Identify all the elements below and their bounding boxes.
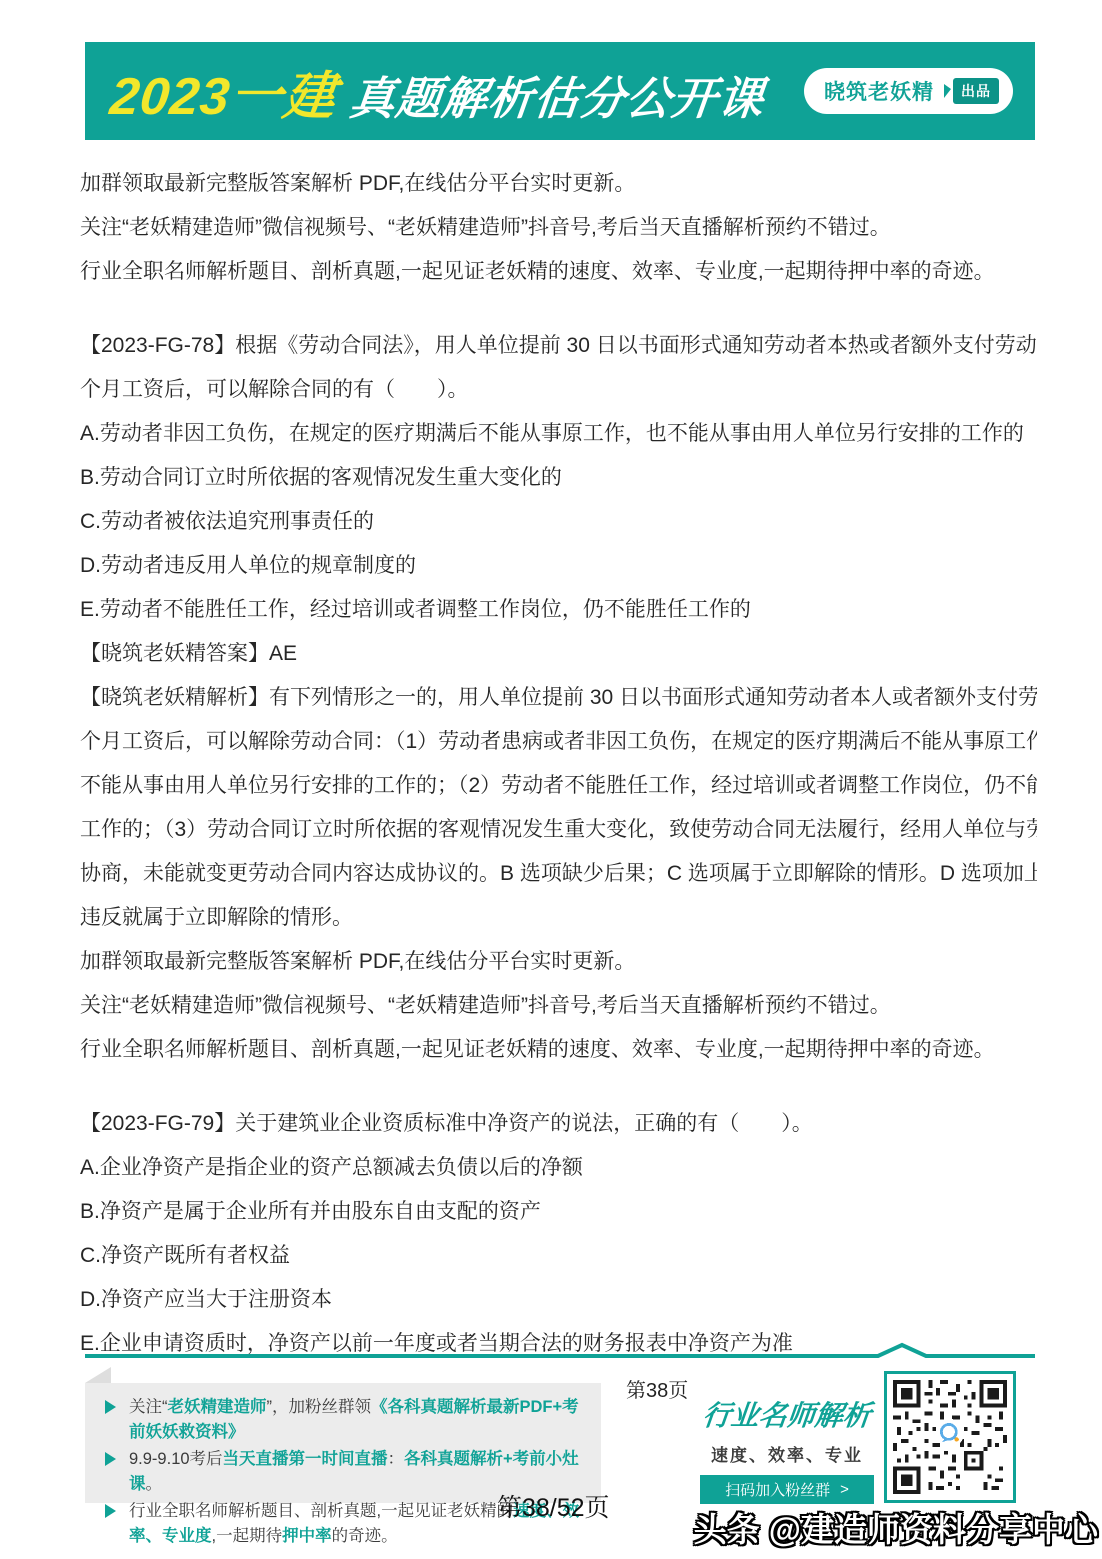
brand-badge: 出品 bbox=[953, 78, 999, 104]
document-body: 加群领取最新完整版答案解析 PDF,在线估分平台实时更新。 关注“老妖精建造师”… bbox=[80, 162, 1037, 1366]
brand-logo: 晓筑老妖精 出品 bbox=[804, 68, 1013, 114]
q78-option-d: D.劳动者违反用人单位的规章制度的 bbox=[80, 544, 1037, 588]
footer-text: 行业全职名师解析题目、剖析真题,一起见证老妖精的 bbox=[129, 1502, 513, 1520]
footer-info-box: 关注“老妖精建造师”，加粉丝群领《各科真题解析最新PDF+考前妖妖救资料》 9.… bbox=[85, 1383, 601, 1503]
intro-line: 关注“老妖精建造师”微信视频号、“老妖精建造师”抖音号,考后当天直播解析预约不错… bbox=[80, 206, 1037, 250]
footer-text: ： bbox=[388, 1450, 405, 1468]
title-text: 真题解析估分公开课 bbox=[347, 73, 766, 124]
q79-option-d: D.净资产应当大于注册资本 bbox=[80, 1278, 1037, 1322]
q79-option-c: C.净资产既所有者权益 bbox=[80, 1234, 1037, 1278]
footer-text: ”，加粉丝群领 bbox=[267, 1398, 372, 1416]
promo-subtitle: 速度、效率、专业 bbox=[700, 1441, 874, 1466]
footer-text: 。 bbox=[146, 1475, 163, 1493]
q78-stem: 【2023-FG-78】根据《劳动合同法》，用人单位提前 30 日以书面形式通知… bbox=[80, 324, 1037, 368]
document-page: 2023一建真题解析估分公开课 晓筑老妖精 出品 加群领取最新完整版答案解析 P… bbox=[0, 0, 1102, 1559]
promo-line: 行业全职名师解析题目、剖析真题,一起见证老妖精的速度、效率、专业度,一起期待押中… bbox=[80, 1028, 1037, 1072]
triangle-bullet-icon bbox=[105, 1504, 116, 1518]
footer-bullet: 关注“老妖精建造师”，加粉丝群领《各科真题解析最新PDF+考前妖妖救资料》 bbox=[103, 1395, 585, 1445]
intro-line: 加群领取最新完整版答案解析 PDF,在线估分平台实时更新。 bbox=[80, 162, 1037, 206]
page-title: 2023一建真题解析估分公开课 bbox=[107, 54, 769, 129]
promo-line: 关注“老妖精建造师”微信视频号、“老妖精建造师”抖音号,考后当天直播解析预约不错… bbox=[80, 984, 1037, 1028]
page-number-large: 第38/52页 bbox=[497, 1488, 610, 1524]
join-fan-group-button[interactable]: 扫码加入粉丝群 > bbox=[700, 1475, 874, 1504]
flag-icon bbox=[944, 84, 951, 98]
footer-divider bbox=[85, 1342, 1035, 1360]
q78-stem: 个月工资后，可以解除合同的有（ ）。 bbox=[80, 368, 1037, 412]
title-year: 2023一建 bbox=[107, 68, 339, 126]
q78-analysis: 不能从事由用人单位另行安排的工作的；（2）劳动者不能胜任工作，经过培训或者调整工… bbox=[80, 764, 1037, 808]
header-banner: 2023一建真题解析估分公开课 晓筑老妖精 出品 bbox=[85, 42, 1035, 140]
footer-text: ,一起期待 bbox=[212, 1527, 283, 1545]
intro-line: 行业全职名师解析题目、剖析真题,一起见证老妖精的速度、效率、专业度,一起期待押中… bbox=[80, 250, 1037, 294]
q78-analysis: 【晓筑老妖精解析】有下列情形之一的，用人单位提前 30 日以书面形式通知劳动者本… bbox=[80, 676, 1037, 720]
q79-option-a: A.企业净资产是指企业的资产总额减去负债以后的净额 bbox=[80, 1146, 1037, 1190]
triangle-bullet-icon bbox=[105, 1452, 116, 1466]
q78-option-b: B.劳动合同订立时所依据的客观情况发生重大变化的 bbox=[80, 456, 1037, 500]
promo-title: 行业名师解析 bbox=[698, 1394, 876, 1434]
promo-line: 加群领取最新完整版答案解析 PDF,在线估分平台实时更新。 bbox=[80, 940, 1037, 984]
footer-highlight: 老妖精建造师 bbox=[168, 1398, 267, 1416]
q78-option-a: A.劳动者非因工负伤，在规定的医疗期满后不能从事原工作，也不能从事由用人单位另行… bbox=[80, 412, 1037, 456]
q78-answer: 【晓筑老妖精答案】AE bbox=[80, 632, 1037, 676]
brand-name: 晓筑老妖精 bbox=[824, 76, 934, 106]
qr-code bbox=[884, 1371, 1016, 1503]
arrow-right-icon: > bbox=[840, 1481, 849, 1498]
footer-text: 9.9-9.10考后 bbox=[129, 1450, 223, 1468]
footer-highlight: 当天直播第一时间直播 bbox=[223, 1450, 388, 1468]
footer-highlight: 押中率 bbox=[282, 1527, 332, 1545]
q79-option-b: B.净资产是属于企业所有并由股东自由支配的资产 bbox=[80, 1190, 1037, 1234]
page-number-small: 第38页 bbox=[626, 1374, 688, 1403]
footer-text: 关注“ bbox=[129, 1398, 168, 1416]
footer-promo: 行业名师解析 速度、效率、专业 扫码加入粉丝群 > bbox=[700, 1394, 874, 1504]
q78-option-c: C.劳动者被依法追究刑事责任的 bbox=[80, 500, 1037, 544]
q78-option-e: E.劳动者不能胜任工作，经过培训或者调整工作岗位，仍不能胜任工作的 bbox=[80, 588, 1037, 632]
q78-analysis: 个月工资后，可以解除劳动合同：（1）劳动者患病或者非因工负伤，在规定的医疗期满后… bbox=[80, 720, 1037, 764]
q79-stem: 【2023-FG-79】关于建筑业企业资质标准中净资产的说法，正确的有（ ）。 bbox=[80, 1102, 1037, 1146]
q78-analysis: 协商，未能就变更劳动合同内容达成协议的。B 选项缺少后果；C 选项属于立即解除的… bbox=[80, 852, 1037, 896]
watermark-text: 头条 @建造师资料分享中心 bbox=[694, 1504, 1098, 1551]
join-fan-group-label: 扫码加入粉丝群 bbox=[725, 1479, 830, 1500]
triangle-bullet-icon bbox=[105, 1400, 116, 1414]
q78-analysis: 违反就属于立即解除的情形。 bbox=[80, 896, 1037, 940]
q78-analysis: 工作的；（3）劳动合同订立时所依据的客观情况发生重大变化，致使劳动合同无法履行，… bbox=[80, 808, 1037, 852]
footer-text: 的奇迹。 bbox=[332, 1527, 398, 1545]
